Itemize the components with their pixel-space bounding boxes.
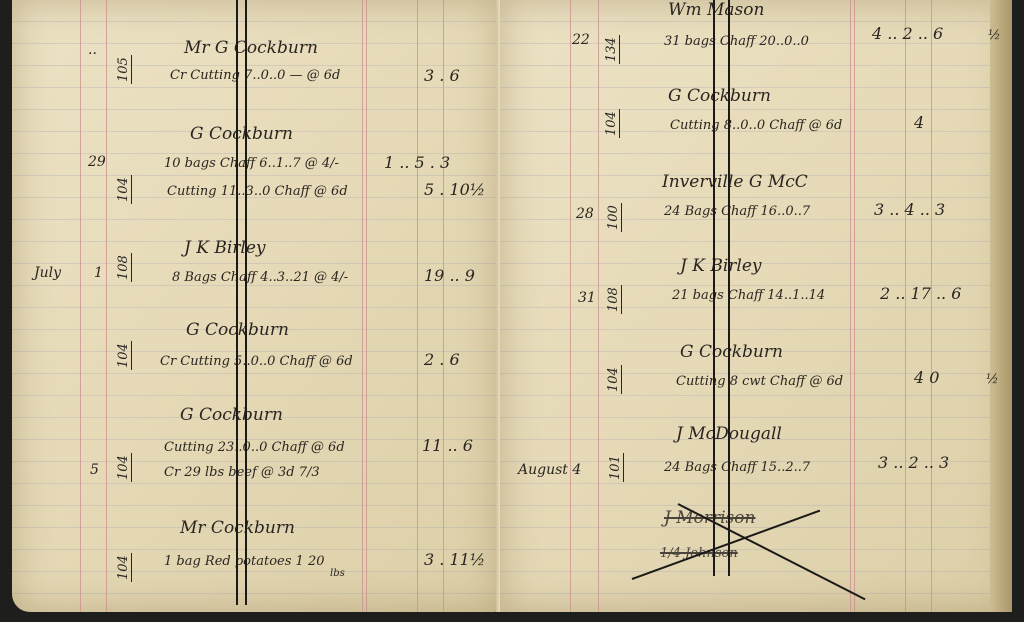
ruling-line [362, 0, 367, 612]
entry-amount: 2 . 6 [424, 350, 460, 369]
entry-name: G Cockburn [668, 86, 771, 106]
entry-name: J K Birley [680, 256, 761, 276]
entry-amount: 3 . 11½ [424, 550, 485, 569]
entry-desc: 21 bags Chaff 14..1..14 [672, 288, 825, 303]
ruling-line [417, 0, 418, 612]
entry-date: 28 [576, 206, 594, 222]
entry-name: G Cockburn [180, 405, 283, 425]
entry-amount: 3 .. 2 .. 3 [878, 453, 949, 472]
entry-amount: 4 0 [914, 368, 939, 387]
entry-desc: 31 bags Chaff 20..0..0 [664, 34, 809, 49]
entry-desc: 24 Bags Chaff 16..0..7 [664, 204, 810, 219]
entry-amount: 1 .. 5 . 3 [384, 153, 450, 172]
ink-vertical-line [236, 0, 238, 605]
entry-desc: 8 Bags Chaff 4..3..21 @ 4/- [172, 270, 348, 285]
ruling-line [598, 0, 599, 612]
entry-amount: 2 .. 17 .. 6 [880, 284, 961, 303]
entry-amount: 4 .. 2 .. 6 [872, 24, 943, 43]
entry-name: Inverville G McC [662, 172, 808, 192]
entry-desc: Cutting 23..0..0 Chaff @ 6d [164, 440, 345, 455]
entry-folio: 104 [116, 175, 132, 204]
ruling-line [905, 0, 906, 612]
entry-name: G Cockburn [680, 342, 783, 362]
entry-amount: 4 [914, 113, 924, 132]
ink-vertical-line [713, 0, 715, 576]
entry-name: J K Birley [184, 238, 265, 258]
entry-amount: 5 . 10½ [424, 180, 485, 199]
entry-amount: 3 .. 4 .. 3 [874, 200, 945, 219]
entry-desc: lbs [330, 568, 345, 579]
right-ledger-page: 22 134 Wm Mason 31 bags Chaff 20..0..0 4… [500, 0, 1012, 612]
entry-date: 29 [88, 154, 106, 170]
entry-folio: 104 [116, 453, 132, 482]
entry-date: .. [88, 42, 97, 58]
ruling-line [443, 0, 444, 612]
entry-date: 31 [578, 290, 596, 306]
entry-desc: 24 Bags Chaff 15..2..7 [664, 460, 810, 475]
entry-desc: Cr Cutting 7..0..0 — @ 6d [170, 68, 340, 83]
entry-date: 1 [94, 265, 103, 281]
entry-desc: Cutting 8..0..0 Chaff @ 6d [670, 118, 842, 133]
entry-folio: 101 [608, 453, 624, 482]
entry-desc: 10 bags Chaff 6..1..7 @ 4/- [164, 156, 339, 171]
edge-mark: ½ [988, 28, 1001, 43]
entry-amount: 11 .. 6 [422, 436, 473, 455]
entry-folio: 108 [116, 253, 132, 282]
entry-folio: 104 [606, 365, 622, 394]
ruling-line [850, 0, 855, 612]
entry-amount: 19 .. 9 [424, 266, 475, 285]
margin-note: July [34, 265, 61, 281]
entry-date: 22 [572, 32, 590, 48]
page-edge [990, 0, 1012, 612]
ruling-line [106, 0, 107, 612]
entry-name: G Cockburn [190, 124, 293, 144]
entry-folio: 104 [116, 553, 132, 582]
entry-desc: Cutting 8 cwt Chaff @ 6d [676, 374, 843, 389]
entry-name: Mr G Cockburn [184, 38, 318, 58]
ruling-line [931, 0, 932, 612]
entry-folio: 104 [116, 341, 132, 370]
entry-date: 5 [90, 462, 99, 478]
ruling-line [80, 0, 81, 612]
left-ledger-page: July .. 105 Mr G Cockburn Cr Cutting 7..… [12, 0, 500, 612]
entry-date: August 4 [518, 462, 581, 478]
entry-desc: Cr Cutting 5..0..0 Chaff @ 6d [160, 354, 353, 369]
ink-vertical-line [245, 0, 247, 605]
entry-folio: 104 [604, 109, 620, 138]
entry-name: Wm Mason [668, 0, 764, 20]
ruling-line [570, 0, 571, 612]
entry-folio: 108 [606, 285, 622, 314]
entry-folio: 100 [606, 203, 622, 232]
entry-folio: 105 [116, 55, 132, 84]
cancelled-entry-name: J Morrison [664, 508, 755, 528]
entry-desc: Cr 29 lbs beef @ 3d 7/3 [164, 465, 320, 480]
edge-mark: ½ [986, 372, 999, 387]
entry-folio: 134 [604, 35, 620, 64]
entry-desc: Cutting 11..3..0 Chaff @ 6d [167, 184, 348, 199]
ink-vertical-line [728, 0, 730, 576]
entry-amount: 3 . 6 [424, 66, 460, 85]
